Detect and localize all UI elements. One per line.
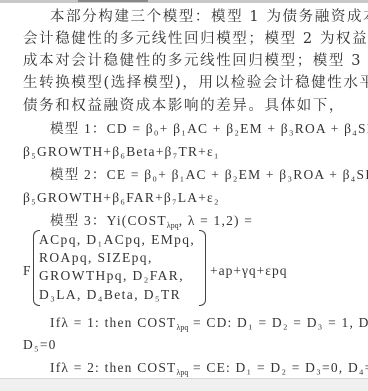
document-page: 本部分构建三个模型：模型 1 为债务融资成本对 会计稳健性的多元线性回归模型；模… <box>0 0 368 378</box>
model3-subscript: λpq <box>167 221 179 230</box>
intro-line-3: 成本对会计稳健性的多元线性回归模型；模型 3 为内 <box>23 53 368 69</box>
function-letter: F <box>23 263 31 279</box>
intro-line-4: 生转换模型(选择模型)，用以检验会计稳健性水平对 <box>23 75 368 91</box>
intro-line-1: 本部分构建三个模型：模型 1 为债务融资成本对 <box>50 9 368 25</box>
model2-equation-line1: 模型 2：CE = β₀+ β₁AC + β₂EM + β₃ROA + β₄SI… <box>50 167 368 183</box>
right-bracket <box>199 230 206 306</box>
intro-line-5: 债务和权益融资成本影响的差异。具体如下， <box>23 98 345 114</box>
condition1-line1: Ifλ = 1: then COSTλpq = CD: D₁ = D₂ = D₃… <box>50 315 368 336</box>
model1-equation-line2: β₅GROWTH+β₆Beta+β₇TR+ε₁ <box>23 144 220 160</box>
model3-lambda: , λ = 1,2) = <box>179 213 253 228</box>
model3-tail: +ap+γq+εpq <box>210 263 287 279</box>
model1-equation-line1: 模型 1：CD = β₀+ β₁AC + β₂EM + β₃ROA + β₄SI… <box>50 121 368 137</box>
model3-label: 模型 3：Yi(COST <box>50 213 167 228</box>
condition1-if: Ifλ = 1: then COST <box>50 315 177 330</box>
bracket-row-3: GROWTHpq, D₂FAR, <box>39 268 184 284</box>
bracket-row-2: ROApq, SIZEpq, <box>39 250 153 266</box>
condition2-if: Ifλ = 2: then COST <box>50 360 177 375</box>
condition1-subscript: λpq <box>177 323 189 332</box>
condition2-values: = CE: D₁ = D₂ = D₃=0, D₄= <box>188 360 368 375</box>
bracket-row-4: D₃LA, D₄Beta, D₅TR <box>39 287 181 303</box>
model2-equation-line2: β₅GROWTH+β₆FAR+β₇LA+ε₂ <box>23 190 220 206</box>
intro-line-2: 会计稳健性的多元线性回归模型；模型 2 为权益融资 <box>23 31 368 47</box>
bottom-bar <box>0 378 368 391</box>
condition1-line2: D₅=0 <box>23 337 57 353</box>
model3-function-block: F ACpq, D₁ACpq, EMpq, ROApq, SIZEpq, GRO… <box>23 230 353 304</box>
condition2-subscript: λpq <box>177 368 189 377</box>
bracket-row-1: ACpq, D₁ACpq, EMpq, <box>39 232 195 248</box>
condition1-values: = CD: D₁ = D₂ = D₃ = 1, D₄= <box>188 315 368 330</box>
